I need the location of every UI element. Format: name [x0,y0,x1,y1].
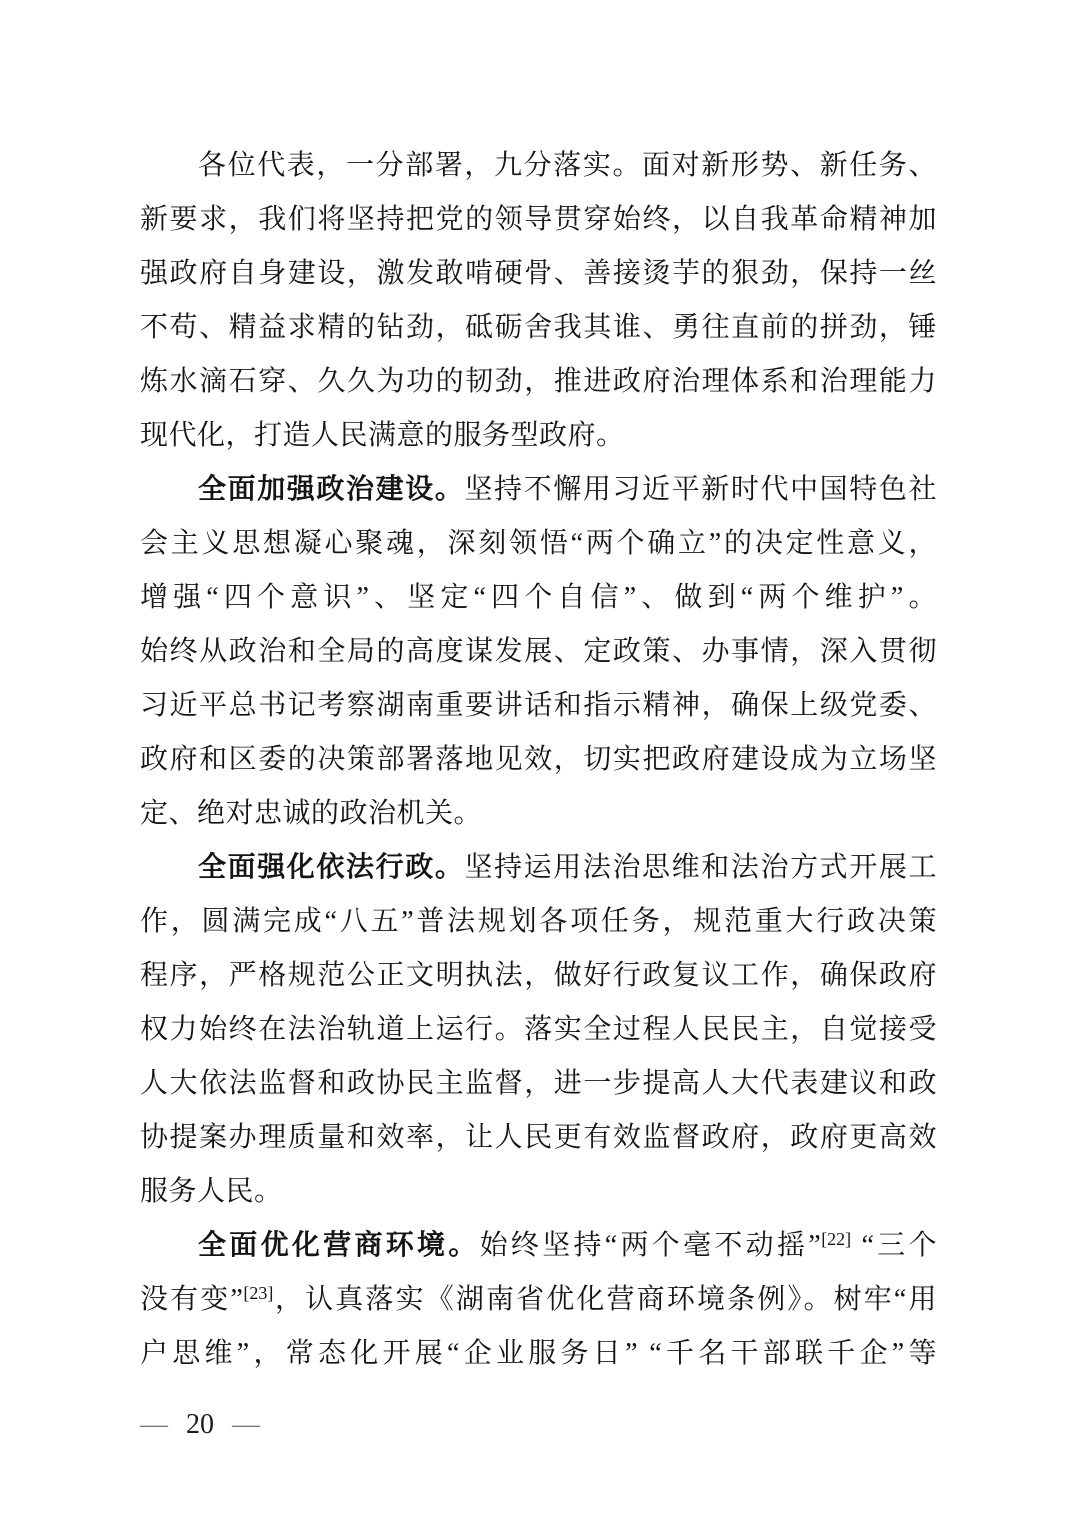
body-text: 现代化，打造人民满意的服务型政府。 [140,420,625,451]
text-line: 新要求，我们将坚持把党的领导贯穿始终，以自我革命精神加 [140,193,937,247]
text-line: 户思维”，常态化开展“企业服务日” “千名干部联千企”等 [140,1327,937,1381]
text-block: 各位代表，一分部署，九分落实。面对新形势、新任务、新要求，我们将坚持把党的领导贯… [140,139,937,1381]
page-number: 20 [186,1405,214,1445]
body-text: 习近平总书记考察湖南重要讲话和指示精神，确保上级党委、 [140,690,937,721]
text-line: 作，圆满完成“八五”普法规划各项任务，规范重大行政决策 [140,895,937,949]
body-text: 始终从政治和全局的高度谋发展、定政策、办事情，深入贯彻 [140,636,937,667]
text-line: 程序，严格规范公正文明执法，做好行政复议工作，确保政府 [140,949,937,1003]
body-text: 炼水滴石穿、久久为功的韧劲，推进政府治理体系和治理能力 [140,366,937,397]
text-line: 协提案办理质量和效率，让人民更有效监督政府，政府更高效 [140,1111,937,1165]
text-line: 政府和区委的决策部署落地见效，切实把政府建设成为立场坚 [140,733,937,787]
text-line: 定、绝对忠诚的政治机关。 [140,787,937,841]
body-text: 坚持运用法治思维和法治方式开展工 [464,852,937,883]
text-line: 始终从政治和全局的高度谋发展、定政策、办事情，深入贯彻 [140,625,937,679]
footnote-reference: [23] [243,1283,273,1303]
paragraph-first-line: 全面加强政治建设。坚持不懈用习近平新时代中国特色社 [140,463,937,517]
body-text: 始终坚持“两个毫不动摇” [480,1230,822,1261]
text-line: 没有变”[23]，认真落实《湖南省优化营商环境条例》。树牢“用 [140,1273,937,1327]
paragraph-first-line: 全面强化依法行政。坚持运用法治思维和法治方式开展工 [140,841,937,895]
text-line: 不苟、精益求精的钻劲，砥砺舍我其谁、勇往直前的拼劲，锤 [140,301,937,355]
text-line: 习近平总书记考察湖南重要讲话和指示精神，确保上级党委、 [140,679,937,733]
body-text: 程序，严格规范公正文明执法，做好行政复议工作，确保政府 [140,960,937,991]
body-text: 服务人民。 [140,1176,283,1207]
body-text: 各位代表，一分部署，九分落实。面对新形势、新任务、 [198,150,937,181]
paragraph-lead-heading: 全面优化营商环境。 [198,1230,480,1261]
body-text: 强政府自身建设，激发敢啃硬骨、善接烫芋的狠劲，保持一丝 [140,258,937,289]
paragraph-lead-heading: 全面加强政治建设。 [198,474,464,505]
text-line: 会主义思想凝心聚魂，深刻领悟“两个确立”的决定性意义， [140,517,937,571]
text-line: 炼水滴石穿、久久为功的韧劲，推进政府治理体系和治理能力 [140,355,937,409]
text-line: 增强“四个意识”、坚定“四个自信”、做到“两个维护”。 [140,571,937,625]
body-text: 不苟、精益求精的钻劲，砥砺舍我其谁、勇往直前的拼劲，锤 [140,312,937,343]
paragraph-lead-heading: 全面强化依法行政。 [198,852,464,883]
body-text: ，认真落实《湖南省优化营商环境条例》。树牢“用 [273,1284,937,1315]
page-footer: — 20 — [140,1405,260,1445]
body-text: 新要求，我们将坚持把党的领导贯穿始终，以自我革命精神加 [140,204,937,235]
body-text: 政府和区委的决策部署落地见效，切实把政府建设成为立场坚 [140,744,937,775]
body-text: 户思维”，常态化开展“企业服务日” “千名干部联千企”等 [140,1338,937,1369]
body-text: 作，圆满完成“八五”普法规划各项任务，规范重大行政决策 [140,906,937,937]
footnote-reference: [22] [821,1229,851,1249]
body-text: 增强“四个意识”、坚定“四个自信”、做到“两个维护”。 [140,582,937,613]
document-page: 各位代表，一分部署，九分落实。面对新形势、新任务、新要求，我们将坚持把党的领导贯… [0,0,1074,1520]
body-text: 权力始终在法治轨道上运行。落实全过程人民民主，自觉接受 [140,1014,937,1045]
text-line: 权力始终在法治轨道上运行。落实全过程人民民主，自觉接受 [140,1003,937,1057]
footer-right-dash: — [232,1405,260,1445]
paragraph-first-line: 各位代表，一分部署，九分落实。面对新形势、新任务、 [140,139,937,193]
paragraph-first-line: 全面优化营商环境。始终坚持“两个毫不动摇”[22] “三个 [140,1219,937,1273]
body-text: 没有变” [140,1284,243,1315]
body-text: 会主义思想凝心聚魂，深刻领悟“两个确立”的决定性意义， [140,528,937,559]
body-text: “三个 [851,1230,937,1261]
body-text: 定、绝对忠诚的政治机关。 [140,798,482,829]
text-line: 人大依法监督和政协民主监督，进一步提高人大代表建议和政 [140,1057,937,1111]
footer-left-dash: — [140,1405,168,1445]
body-text: 坚持不懈用习近平新时代中国特色社 [464,474,937,505]
text-line: 强政府自身建设，激发敢啃硬骨、善接烫芋的狠劲，保持一丝 [140,247,937,301]
text-line: 现代化，打造人民满意的服务型政府。 [140,409,937,463]
body-text: 人大依法监督和政协民主监督，进一步提高人大代表建议和政 [140,1068,937,1099]
body-text: 协提案办理质量和效率，让人民更有效监督政府，政府更高效 [140,1122,937,1153]
text-line: 服务人民。 [140,1165,937,1219]
